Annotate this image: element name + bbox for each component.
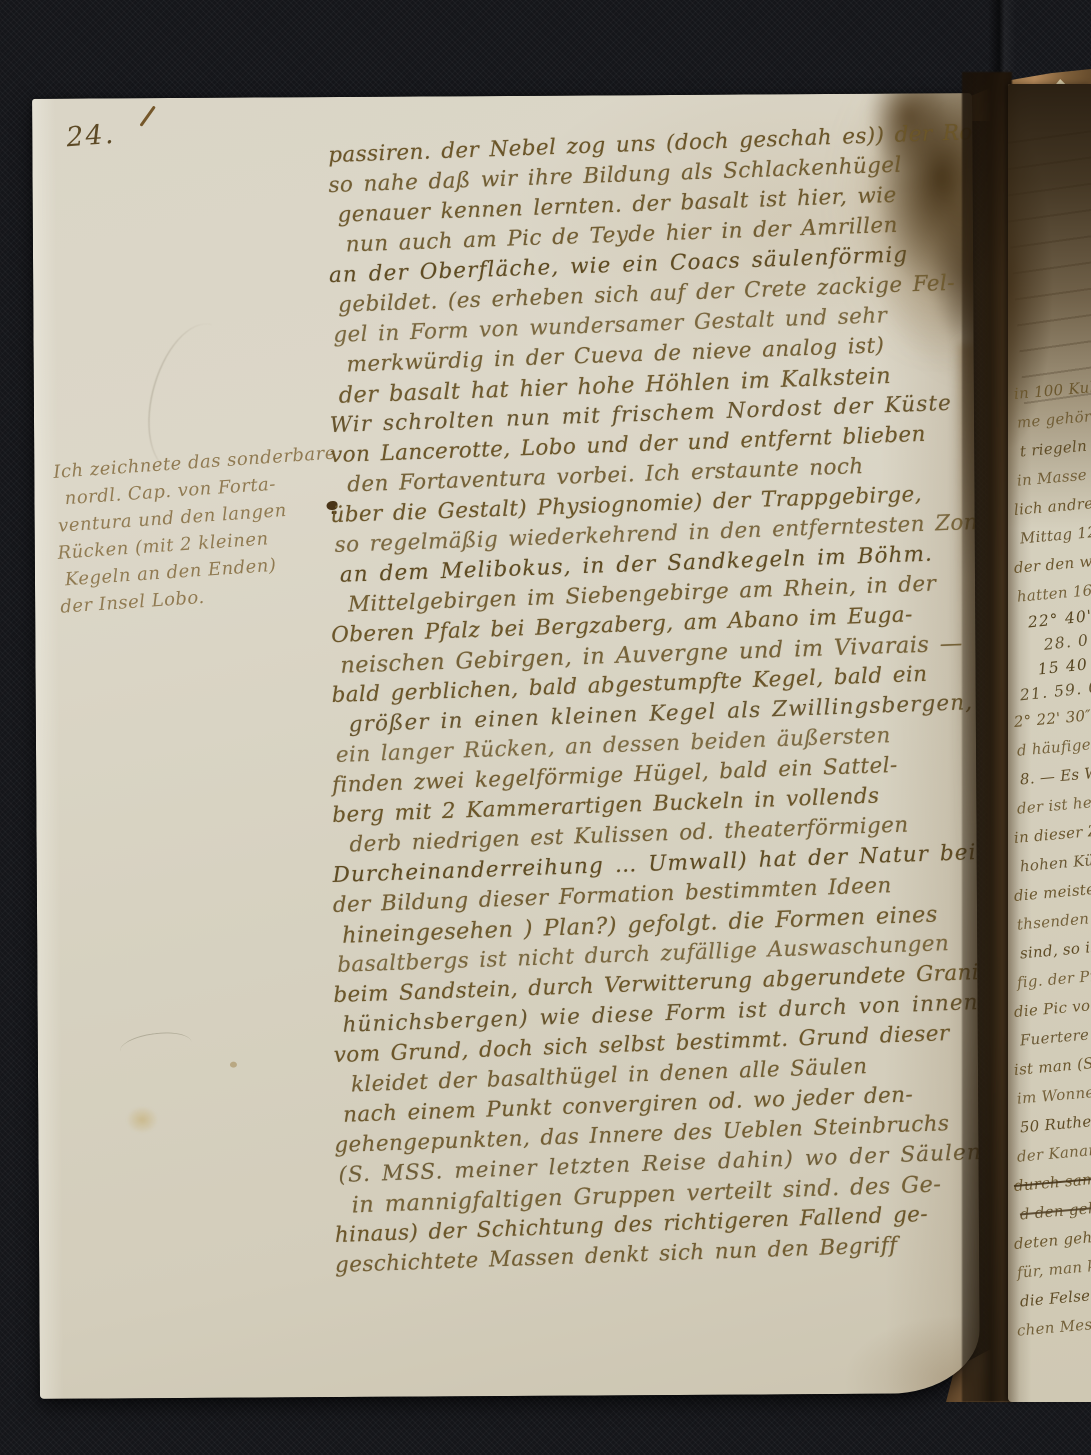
foxing-stain bbox=[126, 1106, 158, 1133]
margin-note: Ich zeichnete das sonderbarenordl. Cap. … bbox=[53, 445, 331, 621]
manuscript-page: 24. Ich zeichnete das sonderbarenordl. C… bbox=[32, 93, 980, 1399]
foxing-dot bbox=[230, 1062, 237, 1068]
facing-page-edge: in 100 Kubikfußme gehörigendt riegeln es… bbox=[1008, 84, 1091, 1402]
pencil-squiggle-mark bbox=[118, 1029, 193, 1065]
main-text-block: passiren. der Nebel zog uns (doch gescha… bbox=[328, 137, 980, 1281]
facing-page-text: in 100 Kubikfußme gehörigendt riegeln es… bbox=[1014, 380, 1091, 1346]
manuscript-scan: 24. Ich zeichnete das sonderbarenordl. C… bbox=[0, 0, 1091, 1455]
page-number: 24. bbox=[65, 119, 116, 154]
binding-gutter bbox=[962, 72, 1012, 1402]
cloth-seam bbox=[988, 0, 1016, 76]
ink-mark bbox=[139, 106, 155, 127]
